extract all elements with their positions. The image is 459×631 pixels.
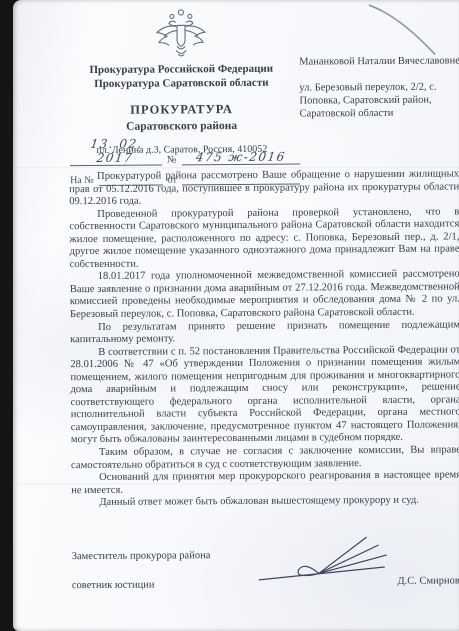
body-paragraph: 18.01.2017 года уполномоченной межведомс… <box>70 269 459 322</box>
outgoing-number-row: 13. 02. 2017 № 475 ж-2016 <box>70 135 320 166</box>
letterhead: Прокуратура Российской Федерации Прокура… <box>56 8 307 157</box>
body-paragraph: Таким образом, в случае не согласия с за… <box>71 444 459 472</box>
russian-coat-of-arms-icon <box>150 8 212 58</box>
body-paragraph: Проведенной прокуратурой района проверко… <box>69 206 459 271</box>
number-field: 475 ж-2016 <box>181 150 299 166</box>
letter-content: Прокуратура Российской Федерации Прокура… <box>11 0 459 631</box>
signature-block: Заместитель прокурора района советник юс… <box>72 548 459 551</box>
letter-body: Прокуратурой района рассмотрено Ваше обр… <box>69 168 459 509</box>
signer-position-line1: Заместитель прокурора района <box>72 550 211 562</box>
body-paragraph: В соответствии с п. 52 постановления Пра… <box>70 344 459 447</box>
org-name-line2: Прокуратура Саратовской области <box>56 76 306 92</box>
date-field: 13. 02. 2017 <box>70 137 162 167</box>
recipient-block: Мананковой Наталии Вячеславовне ул. Бере… <box>299 54 459 120</box>
body-paragraph: По результатам принято решение признать … <box>70 319 459 347</box>
recipient-address: ул. Березовый переулок, 2/2, с. Поповка,… <box>299 80 459 120</box>
recipient-name: Мананковой Наталии Вячеславовне <box>299 54 459 68</box>
handwritten-signature <box>257 533 392 592</box>
office-title: ПРОКУРАТУРА <box>57 102 307 119</box>
signer-position-line2: советник юстиции <box>72 580 155 592</box>
signer-name: Д.С. Смирнов <box>397 575 459 586</box>
number-sign: № <box>167 154 177 165</box>
org-name-line1: Прокуратура Российской Федерации <box>56 62 306 78</box>
body-paragraph: Прокуратурой района рассмотрено Ваше обр… <box>69 168 459 208</box>
body-paragraph: Данный ответ может быть обжалован вышест… <box>71 495 459 510</box>
handwritten-date: 13. 02. 2017 <box>68 137 164 166</box>
office-district: Саратовского района <box>57 120 307 134</box>
handwritten-number: 475 ж-2016 <box>195 150 287 165</box>
body-paragraph: Оснований для принятия мер прокурорского… <box>71 470 459 498</box>
